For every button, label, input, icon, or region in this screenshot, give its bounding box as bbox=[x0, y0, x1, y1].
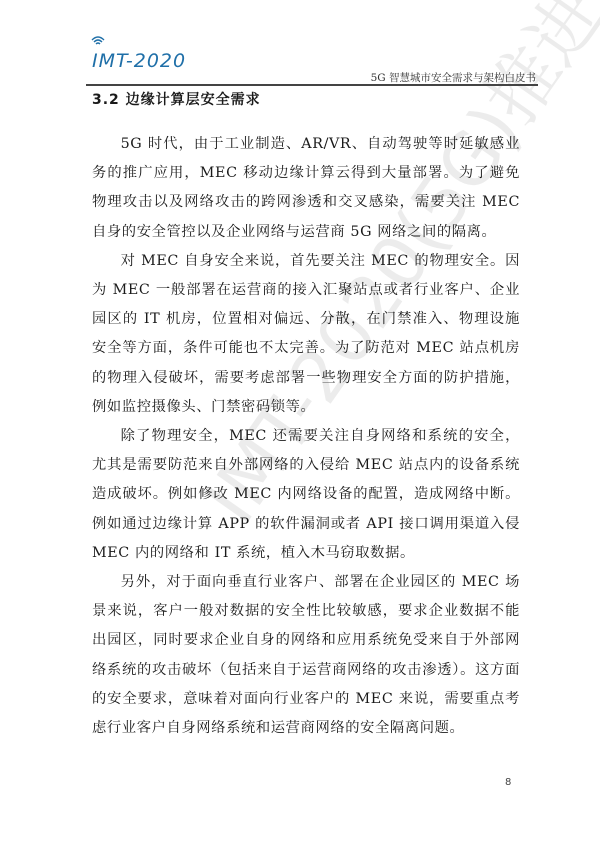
wifi-signal-icon bbox=[90, 34, 106, 46]
paragraph: 除了物理安全，MEC 还需要关注自身网络和系统的安全，尤其是需要防范来自外部网络… bbox=[92, 422, 520, 568]
page-number: 8 bbox=[505, 777, 511, 788]
paragraph: 5G 时代，由于工业制造、AR/VR、自动驾驶等时延敏感业务的推广应用，MEC … bbox=[92, 130, 520, 247]
section-title: 3.2 边缘计算层安全需求 bbox=[92, 89, 261, 109]
document-title: 5G 智慧城市安全需求与架构白皮书 bbox=[371, 70, 536, 85]
logo-text: IMT-2020 bbox=[92, 50, 186, 72]
paragraph: 另外，对于面向垂直行业客户、部署在企业园区的 MEC 场景来说，客户一般对数据的… bbox=[92, 568, 520, 743]
header-divider bbox=[86, 84, 538, 86]
imt2020-logo: IMT-2020 bbox=[92, 40, 186, 72]
paragraph: 对 MEC 自身安全来说，首先要关注 MEC 的物理安全。因为 MEC 一般部署… bbox=[92, 247, 520, 422]
body-text: 5G 时代，由于工业制造、AR/VR、自动驾驶等时延敏感业务的推广应用，MEC … bbox=[92, 130, 520, 743]
